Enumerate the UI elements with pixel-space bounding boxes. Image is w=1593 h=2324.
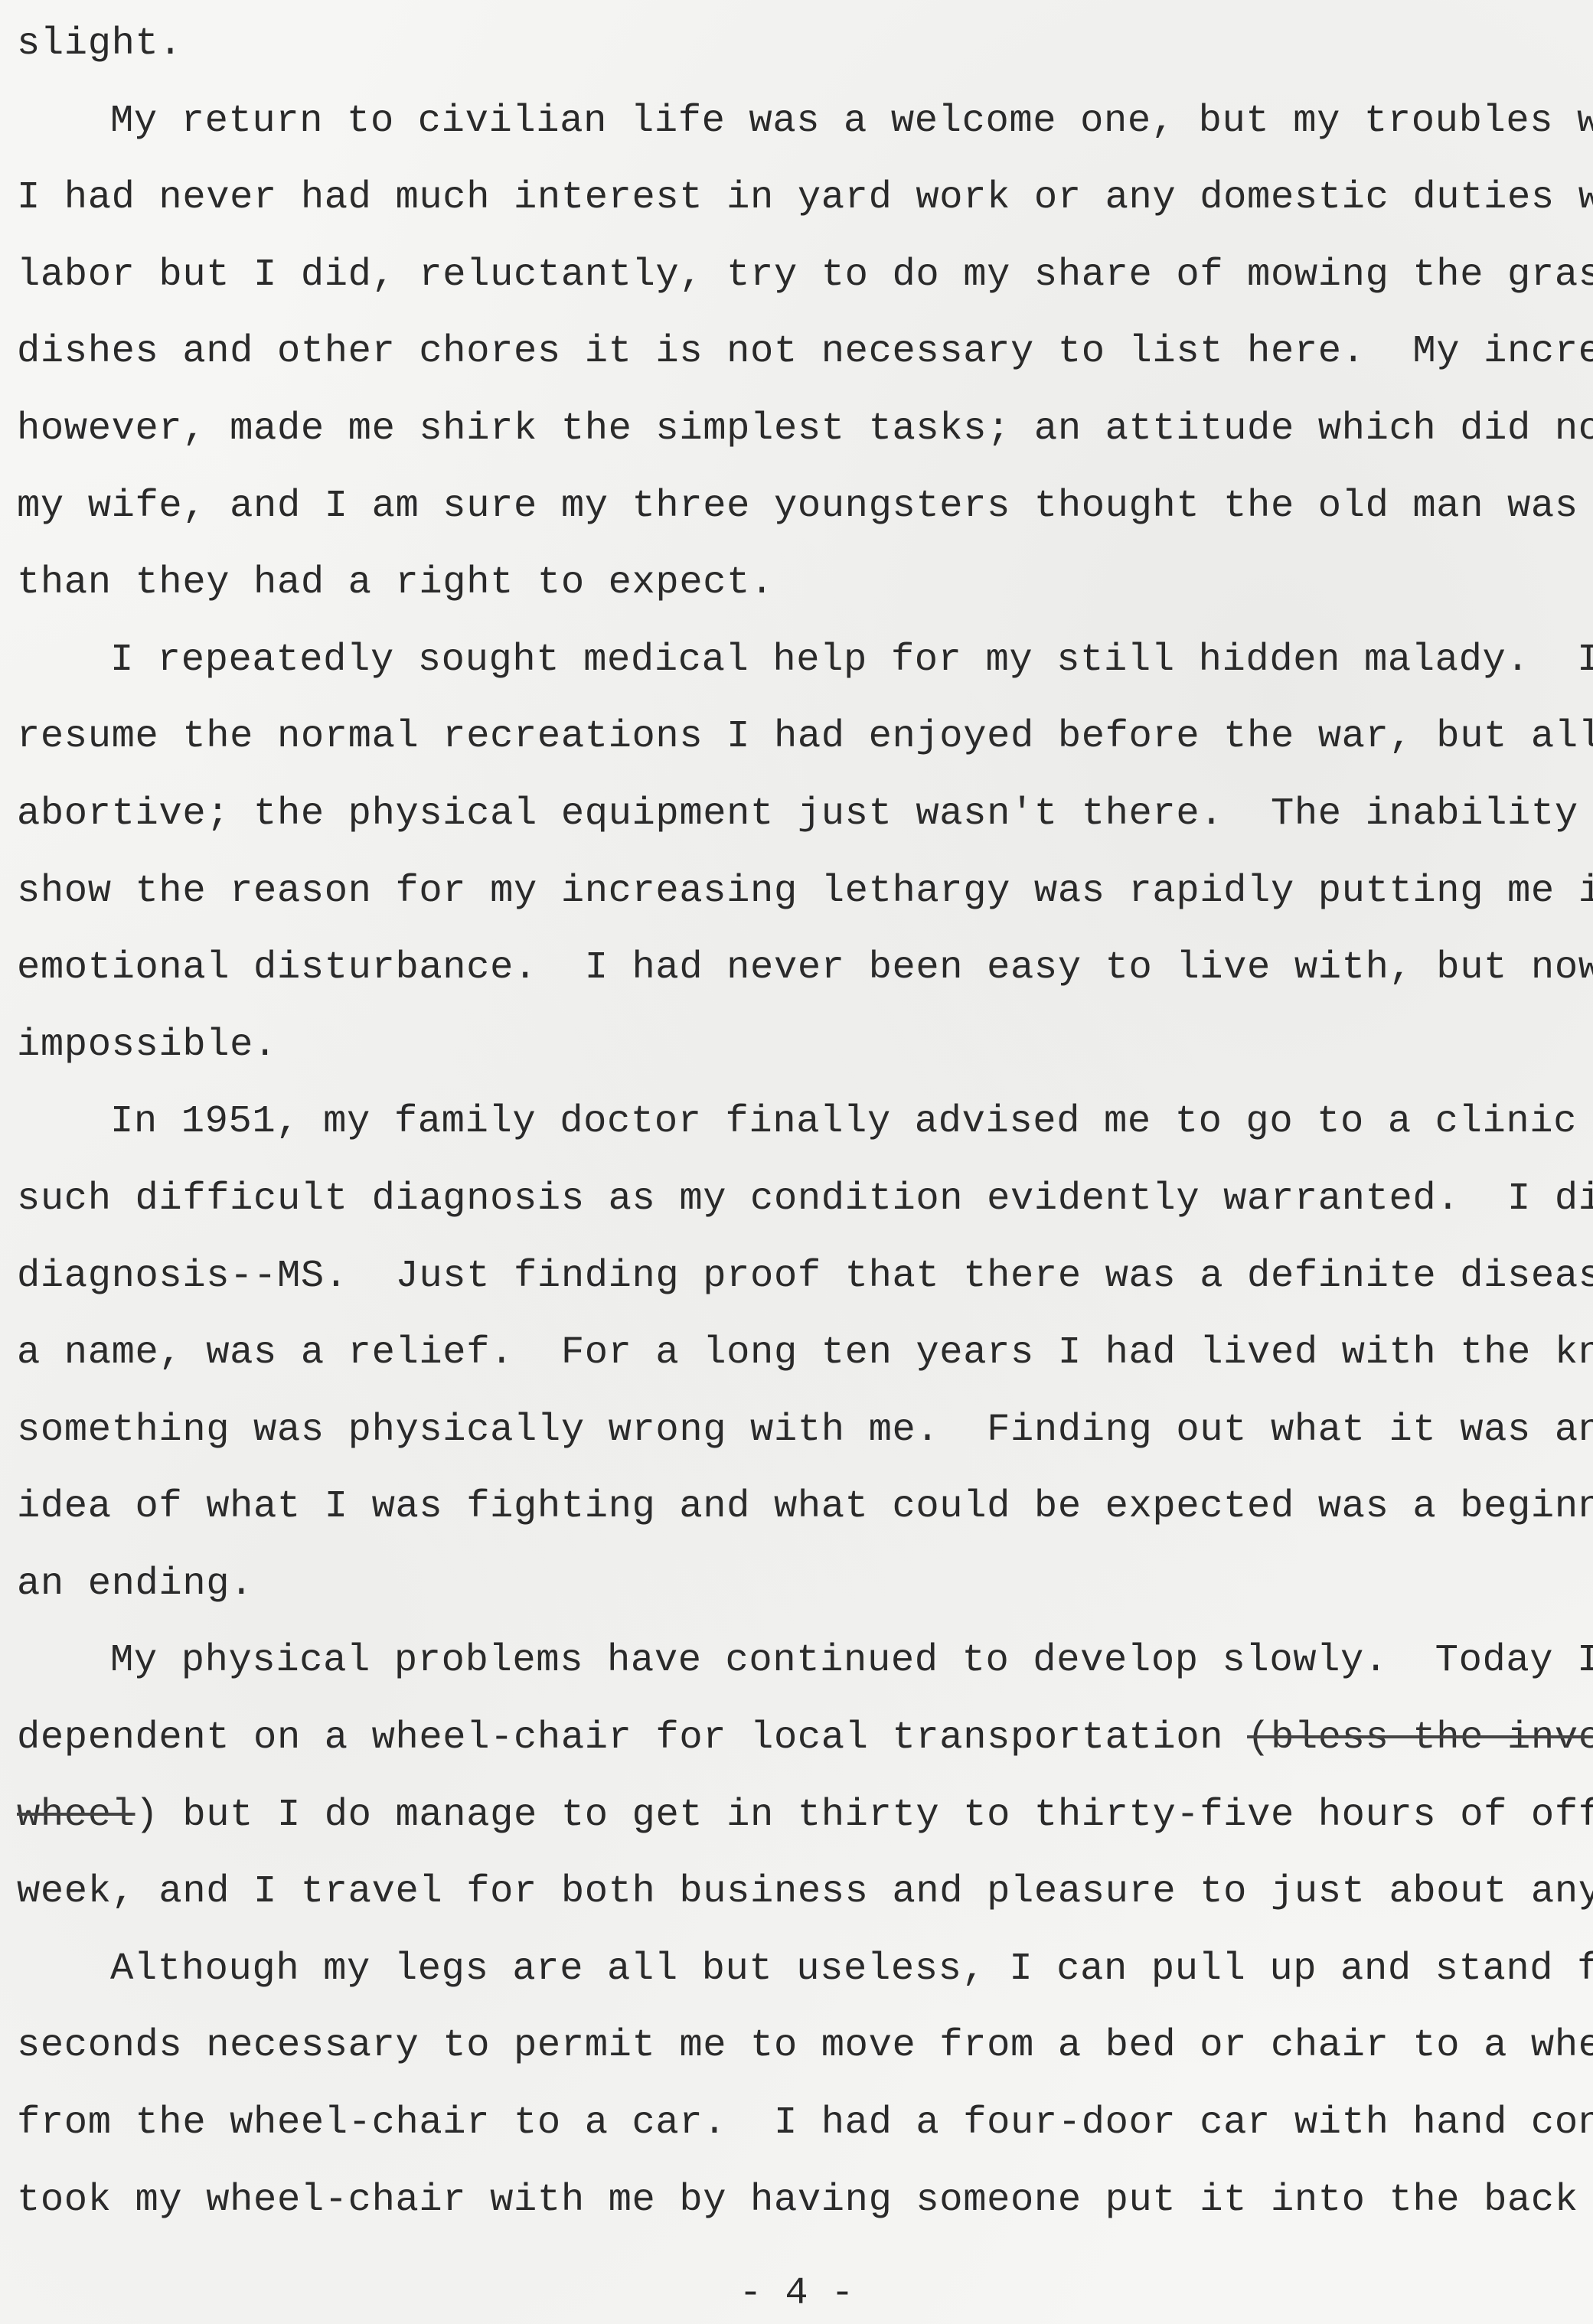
typewritten-page: slight.My return to civilian life was a … [0, 0, 1593, 2324]
text-line: My return to civilian life was a welcome… [17, 83, 1586, 161]
line-text: show the reason for my increasing lethar… [17, 870, 1593, 913]
line-text: however, made me shirk the simplest task… [17, 407, 1593, 451]
line-text: seconds necessary to permit me to move f… [17, 2024, 1593, 2068]
line-text: than they had a right to expect. [17, 561, 774, 605]
line-text: week, and I travel for both business and… [17, 1870, 1593, 1914]
text-line: emotional disturbance. I had never been … [17, 930, 1586, 1007]
text-line: a name, was a relief. For a long ten yea… [17, 1315, 1586, 1392]
page-number: - 4 - [0, 2272, 1593, 2316]
line-text: I repeatedly sought medical help for my … [110, 638, 1593, 682]
line-text: Although my legs are all but useless, I … [110, 1947, 1593, 1991]
text-line: than they had a right to expect. [17, 545, 1586, 622]
line-text: my wife, and I am sure my three youngste… [17, 485, 1593, 528]
text-line: I had never had much interest in yard wo… [17, 160, 1586, 237]
line-text: My return to civilian life was a welcome… [110, 100, 1593, 143]
line-text: ) but I do manage to get in thirty to th… [135, 1794, 1593, 1837]
line-text: from the wheel-chair to a car. I had a f… [17, 2101, 1593, 2145]
line-text: took my wheel-chair with me by having so… [17, 2179, 1593, 2222]
text-line: slight. [17, 6, 1586, 83]
line-text: such difficult diagnosis as my condition… [17, 1177, 1593, 1221]
line-text: diagnosis--MS. Just finding proof that t… [17, 1255, 1593, 1298]
line-text: abortive; the physical equipment just wa… [17, 792, 1593, 836]
line-text: In 1951, my family doctor finally advise… [110, 1100, 1593, 1144]
text-line: impossible. [17, 1007, 1586, 1085]
line-text: dependent on a wheel-chair for local tra… [17, 1716, 1247, 1760]
text-line: Although my legs are all but useless, I … [17, 1931, 1586, 2009]
text-line: labor but I did, reluctantly, try to do … [17, 237, 1586, 315]
struck-text: wheel [17, 1794, 135, 1837]
body-text: slight.My return to civilian life was a … [17, 6, 1586, 2239]
line-text: resume the normal recreations I had enjo… [17, 715, 1593, 759]
struck-text: (bless the inventor of the [1247, 1716, 1593, 1760]
text-line: took my wheel-chair with me by having so… [17, 2162, 1586, 2240]
line-text: labor but I did, reluctantly, try to do … [17, 253, 1593, 297]
line-text: I had never had much interest in yard wo… [17, 176, 1593, 220]
text-line: seconds necessary to permit me to move f… [17, 2008, 1586, 2085]
line-text: something was physically wrong with me. … [17, 1408, 1593, 1452]
text-line: my wife, and I am sure my three youngste… [17, 468, 1586, 546]
text-line: something was physically wrong with me. … [17, 1392, 1586, 1470]
text-line: I repeatedly sought medical help for my … [17, 622, 1586, 700]
text-line: My physical problems have continued to d… [17, 1623, 1586, 1700]
text-line: In 1951, my family doctor finally advise… [17, 1084, 1586, 1161]
text-line: resume the normal recreations I had enjo… [17, 699, 1586, 776]
text-line: dependent on a wheel-chair for local tra… [17, 1700, 1586, 1777]
text-line: show the reason for my increasing lethar… [17, 854, 1586, 931]
line-text: slight. [17, 22, 182, 66]
text-line: idea of what I was fighting and what cou… [17, 1469, 1586, 1546]
line-text: a name, was a relief. For a long ten yea… [17, 1331, 1593, 1375]
text-line: such difficult diagnosis as my condition… [17, 1161, 1586, 1239]
text-line: week, and I travel for both business and… [17, 1854, 1586, 1931]
text-line: diagnosis--MS. Just finding proof that t… [17, 1239, 1586, 1316]
line-text: an ending. [17, 1562, 253, 1606]
line-text: emotional disturbance. I had never been … [17, 946, 1593, 990]
text-line: abortive; the physical equipment just wa… [17, 776, 1586, 854]
text-line: dishes and other chores it is not necess… [17, 314, 1586, 391]
text-line: however, made me shirk the simplest task… [17, 391, 1586, 468]
text-line: from the wheel-chair to a car. I had a f… [17, 2085, 1586, 2162]
line-text: idea of what I was fighting and what cou… [17, 1485, 1593, 1529]
text-line: an ending. [17, 1546, 1586, 1624]
line-text: dishes and other chores it is not necess… [17, 330, 1593, 374]
line-text: impossible. [17, 1023, 277, 1067]
text-line: wheel) but I do manage to get in thirty … [17, 1777, 1586, 1855]
line-text: My physical problems have continued to d… [110, 1639, 1593, 1683]
